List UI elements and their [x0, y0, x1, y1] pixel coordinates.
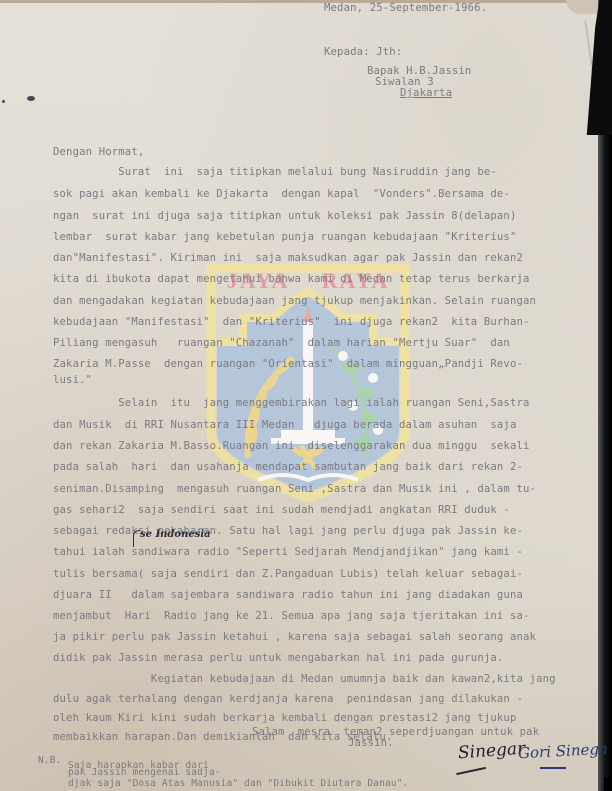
body-line: kita di ibukota dapat mengetahui bahwa k… [53, 273, 530, 285]
place-date: Medan, 25-September-1966. [324, 2, 487, 14]
body-line: dulu agak terhalang dengan kerdjanja kar… [53, 693, 523, 705]
body-line: ja pikir perlu pak Jassin ketahui , kare… [53, 631, 536, 643]
scanned-letter-page: JAYA RAYA Medan, 25-September-1966. Kepa… [0, 0, 612, 791]
signature-1-underline [456, 767, 486, 775]
body-line: pada salah hari dan usahanja mendapat sa… [53, 461, 523, 473]
ink-spot-small [2, 100, 5, 103]
signature-2: Gori Sinega [518, 740, 609, 763]
recipient-label: Kepada: Jth: [324, 46, 402, 58]
body-line: ngan surat ini djuga saja titipkan untuk… [53, 210, 517, 222]
signature-1: Sinegar [457, 739, 525, 764]
closing-line-1: Salam mesra teman2 seperdjuangan untuk p… [252, 726, 539, 738]
scan-background-corner [584, 0, 612, 135]
salutation: Dengan Hormat, [53, 146, 144, 158]
body-line: djuara II dalam sajembara sandiwara radi… [53, 589, 523, 601]
body-line: gas sehari2 saja sendiri saat ini sudah … [53, 504, 510, 516]
insertion-mark [133, 530, 140, 547]
body-line: lembar surat kabar jang kebetulan punja … [53, 231, 517, 243]
postscript-line: djak saja "Dosa Atas Manusia" dan "Dibuk… [68, 778, 408, 789]
body-line: oleh kaum Kiri kini sudah berkarja kemba… [53, 712, 517, 724]
body-line: kebudajaan "Manifestasi" dan "Kriterius"… [53, 316, 530, 328]
body-line: dan"Manifestasi". Kiriman ini saja maksu… [53, 252, 523, 264]
body-line: dan rekan Zakaria M.Basso.Ruangan ini di… [53, 440, 530, 452]
body-line: tahui ialah sandiwara radio "Seperti Sed… [53, 546, 523, 558]
ink-spot [27, 96, 35, 101]
scan-corner-shadow [604, 777, 612, 791]
closing-line-2: Jassin. [348, 737, 394, 749]
body-line: seniman.Disamping mengasuh ruangan Seni … [53, 483, 536, 495]
body-line: sok pagi akan kembali ke Djakarta dengan… [53, 188, 510, 200]
handwritten-annotation: se Indonesia [140, 529, 211, 540]
postscript-line: pak Jassin mengenai sadja- [68, 767, 221, 778]
body-line: lusi." [53, 374, 92, 386]
recipient-city: Djakarta [400, 87, 452, 99]
body-line: didik pak Jassin merasa perlu untuk meng… [53, 652, 503, 664]
signature-2-underline [540, 767, 566, 769]
body-line: sebagai redaksi pekabaran. Satu hal lagi… [53, 525, 523, 537]
body-line: dan mengadakan kegiatan kebudajaan jang … [53, 295, 536, 307]
body-line: Piliang mengasuh ruangan "Chazanah" dala… [53, 337, 510, 349]
body-line: menjambut Hari Radio jang ke 21. Semua a… [53, 610, 530, 622]
body-line: tulis bersama( saja sendiri dan Z.Pangad… [53, 568, 523, 580]
postscript-label: N.B. [38, 755, 61, 766]
body-line: Selain itu jang menggembirakan lagi iala… [53, 397, 530, 409]
body-line: Zakaria M.Passe dengan ruangan "Orientas… [53, 358, 523, 370]
body-line: Kegiatan kebudajaan di Medan umumnja bai… [53, 673, 556, 685]
body-line: dan Musik di RRI Nusantara III Medan dju… [53, 419, 517, 431]
page-top-edge [0, 0, 612, 3]
body-line: Surat ini saja titipkan melalui bung Nas… [53, 166, 497, 178]
